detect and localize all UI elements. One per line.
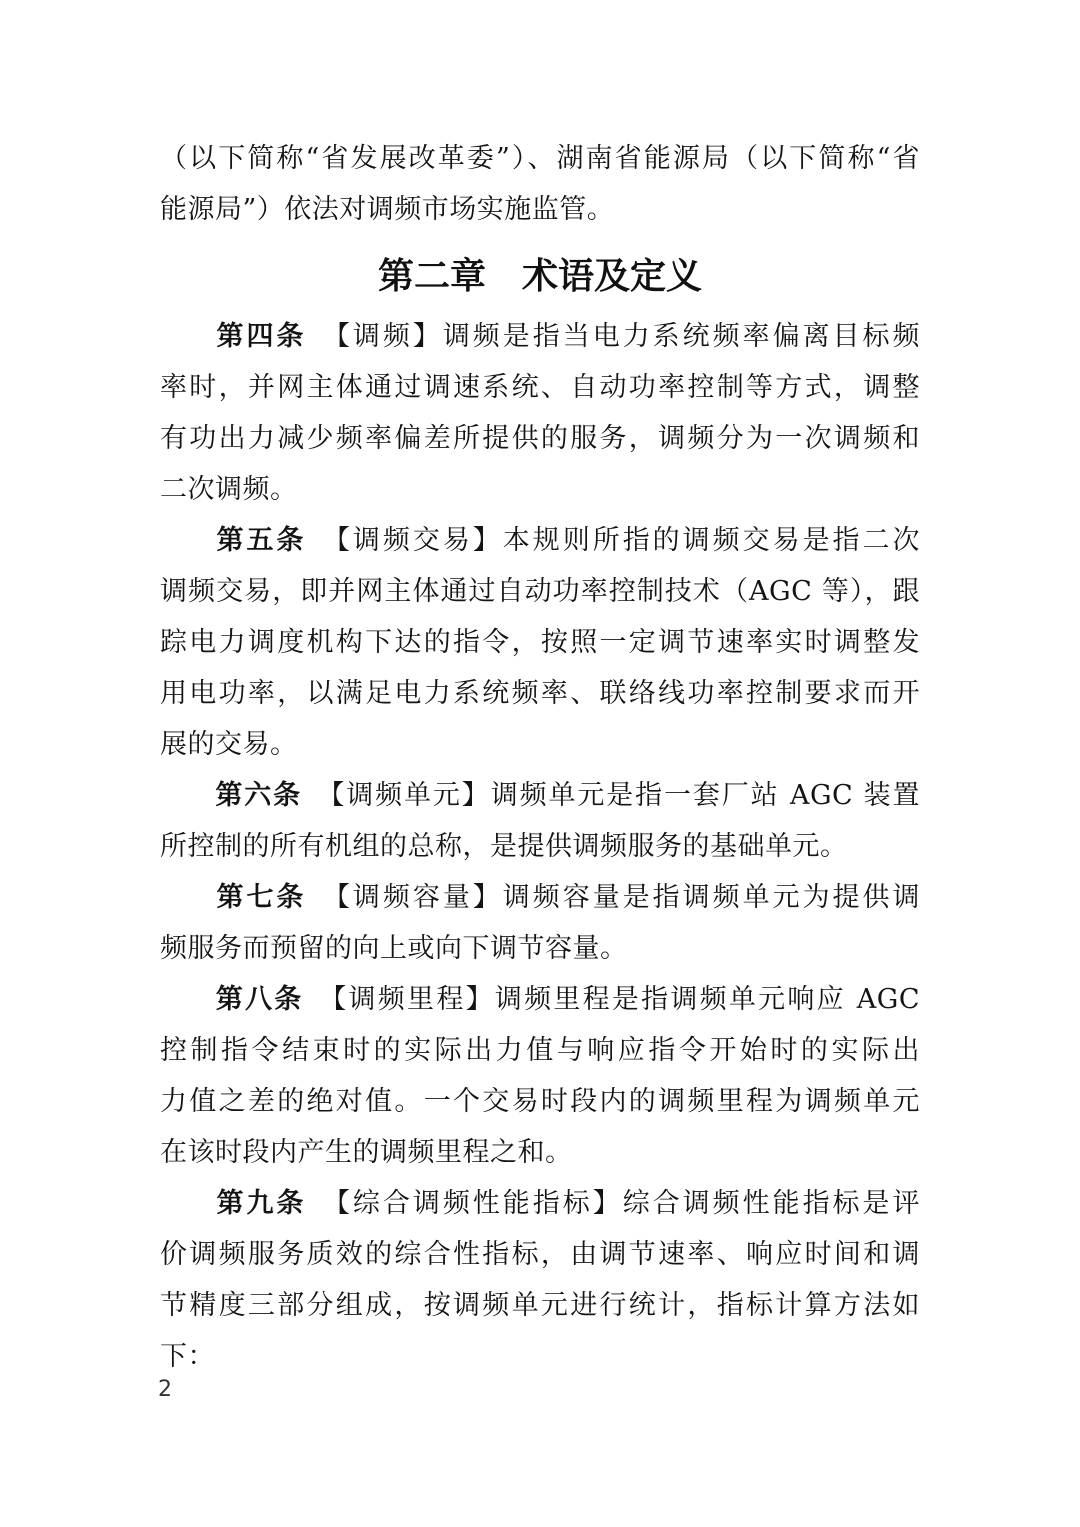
text-line: 第四条 【调频】调频是指当电力系统频率偏离目标频: [160, 311, 920, 362]
continuation-paragraph: （以下简称“省发展改革委”）、湖南省能源局（以下简称“省能源局”）依法对调频市场…: [160, 133, 920, 235]
text-line: 节精度三部分组成，按调频单元进行统计，指标计算方法如: [160, 1280, 920, 1331]
article-paragraph: 第六条 【调频单元】调频单元是指一套厂站 AGC 装置所控制的所有机组的总称，是…: [160, 770, 920, 872]
article-paragraph: 第九条 【综合调频性能指标】综合调频性能指标是评价调频服务质效的综合性指标，由调…: [160, 1178, 920, 1382]
article-paragraph: 第八条 【调频里程】调频里程是指调频单元响应 AGC控制指令结束时的实际出力值与…: [160, 974, 920, 1178]
text-line: 第七条 【调频容量】调频容量是指调频单元为提供调: [160, 872, 920, 923]
article-label: 第五条: [214, 525, 306, 556]
article-paragraph: 第七条 【调频容量】调频容量是指调频单元为提供调频服务而预留的向上或向下调节容量…: [160, 872, 920, 974]
text-line: 第六条 【调频单元】调频单元是指一套厂站 AGC 装置: [160, 770, 920, 821]
text-line: 所控制的所有机组的总称，是提供调频服务的基础单元。: [160, 821, 920, 872]
text-line: 力值之差的绝对值。一个交易时段内的调频里程为调频单元: [160, 1076, 920, 1127]
text-line: 第八条 【调频里程】调频里程是指调频单元响应 AGC: [160, 974, 920, 1025]
text-line: （以下简称“省发展改革委”）、湖南省能源局（以下简称“省: [160, 133, 920, 184]
text-line: 有功出力减少频率偏差所提供的服务，调频分为一次调频和: [160, 413, 920, 464]
text-line: 价调频服务质效的综合性指标，由调节速率、响应时间和调: [160, 1229, 920, 1280]
text-line: 二次调频。: [160, 464, 920, 515]
text-line: 率时，并网主体通过调速系统、自动功率控制等方式，调整: [160, 362, 920, 413]
text-line: 在该时段内产生的调频里程之和。: [160, 1127, 920, 1178]
article-label: 第六条: [214, 780, 302, 811]
text-line: 控制指令结束时的实际出力值与响应指令开始时的实际出: [160, 1025, 920, 1076]
document-content: （以下简称“省发展改革委”）、湖南省能源局（以下简称“省能源局”）依法对调频市场…: [160, 133, 920, 1382]
text-line: 第九条 【综合调频性能指标】综合调频性能指标是评: [160, 1178, 920, 1229]
article-label: 第四条: [214, 321, 306, 352]
page-number: 2: [158, 1379, 172, 1401]
text-line: 能源局”）依法对调频市场实施监管。: [160, 184, 920, 235]
article-paragraph: 第五条 【调频交易】本规则所指的调频交易是指二次调频交易，即并网主体通过自动功率…: [160, 515, 920, 770]
text-line: 踪电力调度机构下达的指令，按照一定调节速率实时调整发: [160, 617, 920, 668]
article-label: 第八条: [214, 984, 304, 1015]
article-label: 第七条: [214, 882, 306, 913]
chapter-heading: 第二章 术语及定义: [160, 258, 920, 296]
text-line: 第五条 【调频交易】本规则所指的调频交易是指二次: [160, 515, 920, 566]
article-paragraph: 第四条 【调频】调频是指当电力系统频率偏离目标频率时，并网主体通过调速系统、自动…: [160, 311, 920, 515]
text-line: 频服务而预留的向上或向下调节容量。: [160, 923, 920, 974]
article-label: 第九条: [214, 1188, 306, 1219]
text-line: 展的交易。: [160, 719, 920, 770]
document-page: （以下简称“省发展改革委”）、湖南省能源局（以下简称“省能源局”）依法对调频市场…: [0, 0, 1080, 1527]
text-line: 下：: [160, 1331, 920, 1382]
text-line: 调频交易，即并网主体通过自动功率控制技术（AGC 等），跟: [160, 566, 920, 617]
text-line: 用电功率，以满足电力系统频率、联络线功率控制要求而开: [160, 668, 920, 719]
